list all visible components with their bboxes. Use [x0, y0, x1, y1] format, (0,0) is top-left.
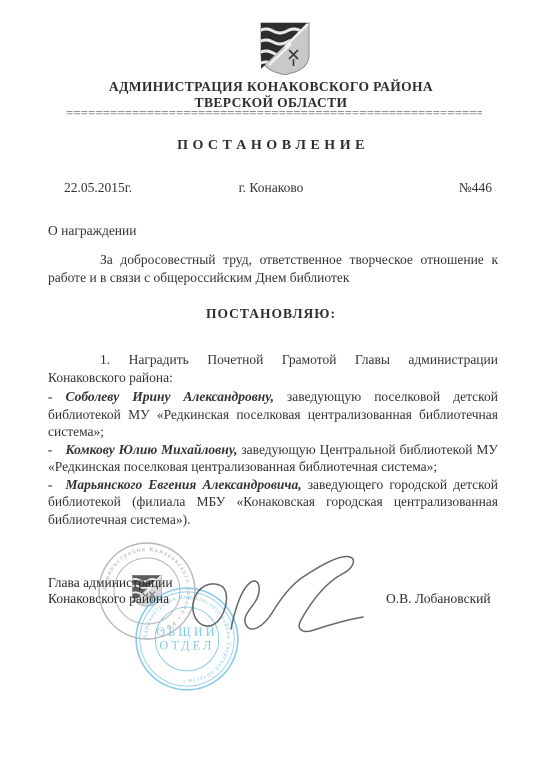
- org-name-line1: АДМИНИСТРАЦИЯ КОНАКОВСКОГО РАЙОНА: [0, 79, 542, 95]
- preamble-paragraph: За добросовестный труд, ответственное тв…: [48, 251, 498, 286]
- document-subject: О награждении: [48, 223, 136, 239]
- awardee-name: Марьянского Евгения Александровича,: [66, 477, 302, 492]
- resolve-heading: ПОСТАНОВЛЯЮ:: [0, 306, 542, 322]
- header-divider: ========================================…: [66, 106, 482, 122]
- list-bullet: -: [48, 477, 66, 492]
- signer-name: О.В. Лобановский: [386, 591, 491, 607]
- list-item: -Соболеву Ирину Александровну, заведующу…: [48, 388, 498, 441]
- signer-post-line2: Конаковского района: [48, 591, 173, 607]
- list-bullet: -: [48, 442, 66, 457]
- handwritten-signature: [183, 547, 383, 649]
- awardee-name: Комкову Юлию Михайловну,: [66, 442, 238, 457]
- document-title: П О С Т А Н О В Л Е Н И Е: [0, 138, 542, 154]
- list-item: -Комкову Юлию Михайловну, заведующую Цен…: [48, 441, 498, 476]
- awardee-list: -Соболеву Ирину Александровну, заведующу…: [48, 388, 498, 528]
- awardee-name: Соболеву Ирину Александровну,: [66, 389, 274, 404]
- scanned-decree-document: АДМИНИСТРАЦИЯ КОНАКОВСКОГО РАЙОНА ТВЕРСК…: [0, 0, 542, 768]
- coat-of-arms-icon: [257, 21, 313, 75]
- list-item: -Марьянского Евгения Александровича, зав…: [48, 476, 498, 529]
- meta-row: 22.05.2015г. г. Конаково №446: [0, 180, 542, 198]
- document-number: №446: [459, 180, 492, 196]
- list-bullet: -: [48, 389, 66, 404]
- signer-post: Глава администрации Конаковского района: [48, 575, 173, 606]
- clause-1: 1. Наградить Почетной Грамотой Главы адм…: [48, 351, 498, 386]
- signer-post-line1: Глава администрации: [48, 575, 173, 591]
